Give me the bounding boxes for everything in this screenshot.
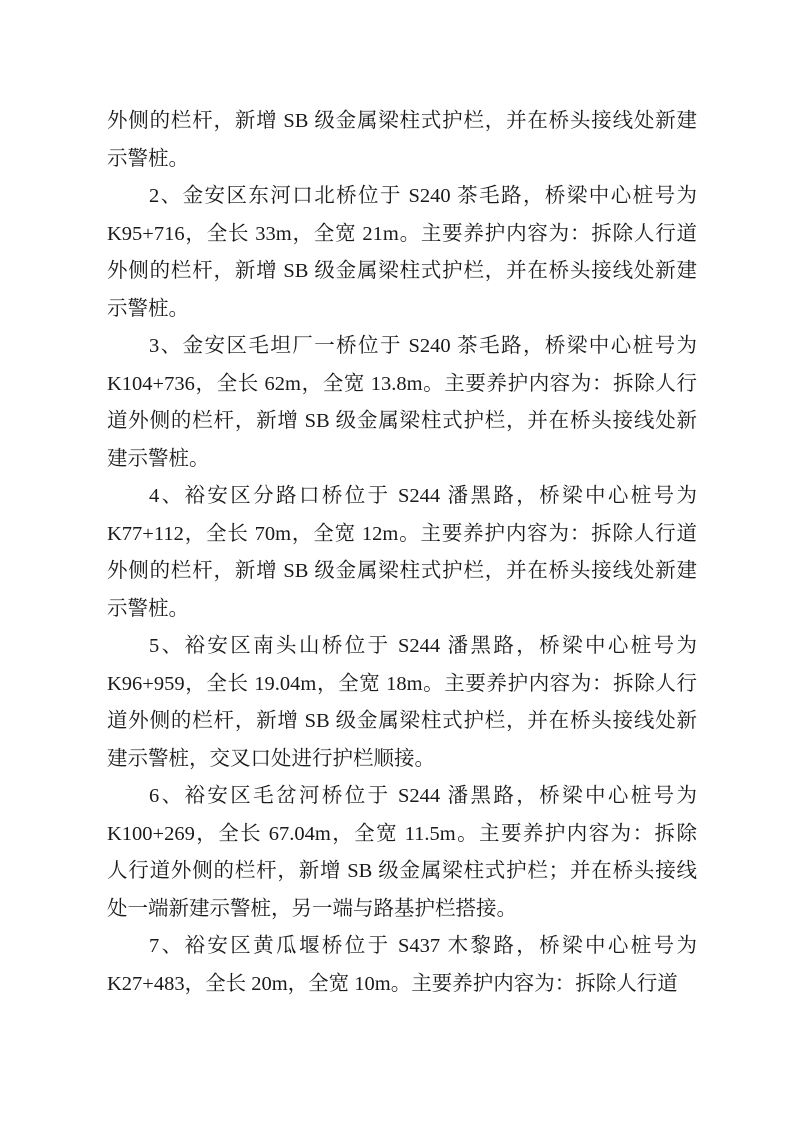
text-line: 外侧的栏杆，新增 SB 级金属梁柱式护栏，并在桥头接线处新建 xyxy=(107,103,697,141)
text-line: 4、裕安区分路口桥位于 S244 潘黑路，桥梁中心桩号为 xyxy=(107,478,697,516)
text-line: K95+716，全长 33m，全宽 21m。主要养护内容为：拆除人行道 xyxy=(107,216,697,254)
text-line: 3、金安区毛坦厂一桥位于 S240 茶毛路，桥梁中心桩号为 xyxy=(107,328,697,366)
text-line: K100+269，全长 67.04m，全宽 11.5m。主要养护内容为：拆除 xyxy=(107,816,697,854)
text-line: 建示警桩。 xyxy=(107,441,697,479)
paragraph-2-dongheko-north-bridge: 2、金安区东河口北桥位于 S240 茶毛路，桥梁中心桩号为 K95+716，全长… xyxy=(107,178,697,328)
text-line: 7、裕安区黄瓜堰桥位于 S437 木黎路，桥梁中心桩号为 xyxy=(107,928,697,966)
paragraph-4-fenlukou-bridge: 4、裕安区分路口桥位于 S244 潘黑路，桥梁中心桩号为 K77+112，全长 … xyxy=(107,478,697,628)
document-page: 外侧的栏杆，新增 SB 级金属梁柱式护栏，并在桥头接线处新建 示警桩。 2、金安… xyxy=(107,103,697,1003)
paragraph-3-maotanchang-first-bridge: 3、金安区毛坦厂一桥位于 S240 茶毛路，桥梁中心桩号为 K104+736，全… xyxy=(107,328,697,478)
text-line: 处一端新建示警桩，另一端与路基护栏搭接。 xyxy=(107,891,697,929)
paragraph-6-maochahe-bridge: 6、裕安区毛岔河桥位于 S244 潘黑路，桥梁中心桩号为 K100+269，全长… xyxy=(107,778,697,928)
text-line: 外侧的栏杆，新增 SB 级金属梁柱式护栏，并在桥头接线处新建 xyxy=(107,553,697,591)
text-line: 道外侧的栏杆，新增 SB 级金属梁柱式护栏，并在桥头接线处新 xyxy=(107,703,697,741)
text-line: 道外侧的栏杆，新增 SB 级金属梁柱式护栏，并在桥头接线处新 xyxy=(107,403,697,441)
text-line: 5、裕安区南头山桥位于 S244 潘黑路，桥梁中心桩号为 xyxy=(107,628,697,666)
text-line: 示警桩。 xyxy=(107,291,697,329)
text-line: 示警桩。 xyxy=(107,591,697,629)
text-line: 外侧的栏杆，新增 SB 级金属梁柱式护栏，并在桥头接线处新建 xyxy=(107,253,697,291)
text-line: K96+959，全长 19.04m，全宽 18m。主要养护内容为：拆除人行 xyxy=(107,666,697,704)
text-line: 示警桩。 xyxy=(107,141,697,179)
text-line: K27+483，全长 20m，全宽 10m。主要养护内容为：拆除人行道 xyxy=(107,966,697,1004)
text-line: 2、金安区东河口北桥位于 S240 茶毛路，桥梁中心桩号为 xyxy=(107,178,697,216)
text-line: K77+112，全长 70m，全宽 12m。主要养护内容为：拆除人行道 xyxy=(107,516,697,554)
text-line: 建示警桩，交叉口处进行护栏顺接。 xyxy=(107,741,697,779)
paragraph-7-huangguayan-bridge: 7、裕安区黄瓜堰桥位于 S437 木黎路，桥梁中心桩号为 K27+483，全长 … xyxy=(107,928,697,1003)
text-line: 6、裕安区毛岔河桥位于 S244 潘黑路，桥梁中心桩号为 xyxy=(107,778,697,816)
paragraph-5-nantoushan-bridge: 5、裕安区南头山桥位于 S244 潘黑路，桥梁中心桩号为 K96+959，全长 … xyxy=(107,628,697,778)
text-line: K104+736，全长 62m，全宽 13.8m。主要养护内容为：拆除人行 xyxy=(107,366,697,404)
paragraph-1-continued: 外侧的栏杆，新增 SB 级金属梁柱式护栏，并在桥头接线处新建 示警桩。 xyxy=(107,103,697,178)
text-line: 人行道外侧的栏杆，新增 SB 级金属梁柱式护栏；并在桥头接线 xyxy=(107,853,697,891)
